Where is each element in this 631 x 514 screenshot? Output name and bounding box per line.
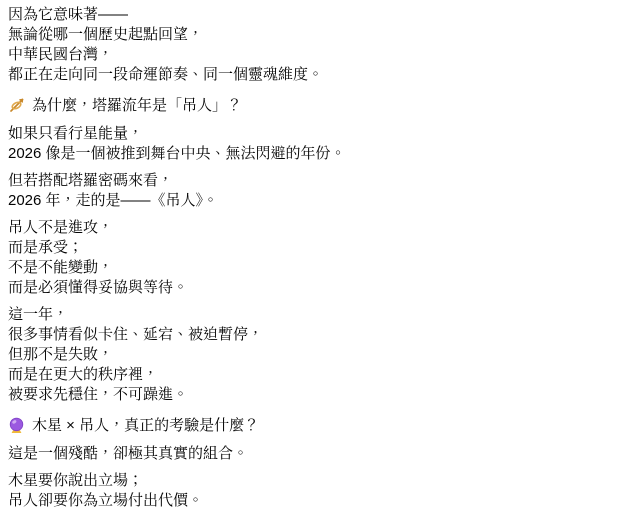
paragraph: 如果只看行星能量， 2026 像是一個被推到舞台中央、無法閃避的年份。: [8, 124, 623, 164]
paragraph: 木星要你說出立場； 吊人卻要你為立場付出代價。: [8, 471, 623, 511]
paragraph: 吊人不是進攻， 而是承受； 不是不能變動， 而是必須懂得妥協與等待。: [8, 218, 623, 298]
text-line: 但那不是失敗，: [8, 345, 623, 365]
text-line: 而是必須懂得妥協與等待。: [8, 278, 623, 298]
text-line: 中華民國台灣，: [8, 45, 623, 65]
section1-title: 為什麼，塔羅流年是「吊人」？: [32, 95, 242, 116]
text-line: 2026 年，走的是——《吊人》。: [8, 191, 623, 211]
text-line: 無論從哪一個歷史起點回望，: [8, 25, 623, 45]
text-line: 都正在走向同一段命運節奏、同一個靈魂維度。: [8, 65, 623, 85]
text-line: 但若搭配塔羅密碼來看，: [8, 171, 623, 191]
text-line: 而是在更大的秩序裡，: [8, 365, 623, 385]
text-line: 吊人不是進攻，: [8, 218, 623, 238]
text-line: 不是不能變動，: [8, 258, 623, 278]
text-line: 因為它意味著——: [8, 5, 623, 25]
section2-heading: 木星 × 吊人，真正的考驗是什麼？: [8, 415, 623, 436]
bow-and-arrow-icon: [8, 97, 25, 114]
section1-heading: 為什麼，塔羅流年是「吊人」？: [8, 95, 623, 116]
text-line: 吊人卻要你為立場付出代價。: [8, 491, 623, 511]
section2-title: 木星 × 吊人，真正的考驗是什麼？: [32, 415, 259, 436]
paragraph: 這一年， 很多事情看似卡住、延宕、被迫暫停， 但那不是失敗， 而是在更大的秩序裡…: [8, 305, 623, 405]
text-line: 如果只看行星能量，: [8, 124, 623, 144]
text-line: 這是一個殘酷，卻極其真實的組合。: [8, 444, 623, 464]
text-line: 很多事情看似卡住、延宕、被迫暫停，: [8, 325, 623, 345]
intro-paragraph: 因為它意味著—— 無論從哪一個歷史起點回望， 中華民國台灣， 都正在走向同一段命…: [8, 5, 623, 85]
crystal-ball-icon: [8, 417, 25, 434]
text-line: 而是承受；: [8, 238, 623, 258]
text-line: 2026 像是一個被推到舞台中央、無法閃避的年份。: [8, 144, 623, 164]
article-page: 因為它意味著—— 無論從哪一個歷史起點回望， 中華民國台灣， 都正在走向同一段命…: [0, 0, 631, 514]
text-line: 木星要你說出立場；: [8, 471, 623, 491]
text-line: 被要求先穩住，不可躁進。: [8, 385, 623, 405]
paragraph: 但若搭配塔羅密碼來看， 2026 年，走的是——《吊人》。: [8, 171, 623, 211]
paragraph: 這是一個殘酷，卻極其真實的組合。: [8, 444, 623, 464]
text-line: 這一年，: [8, 305, 623, 325]
